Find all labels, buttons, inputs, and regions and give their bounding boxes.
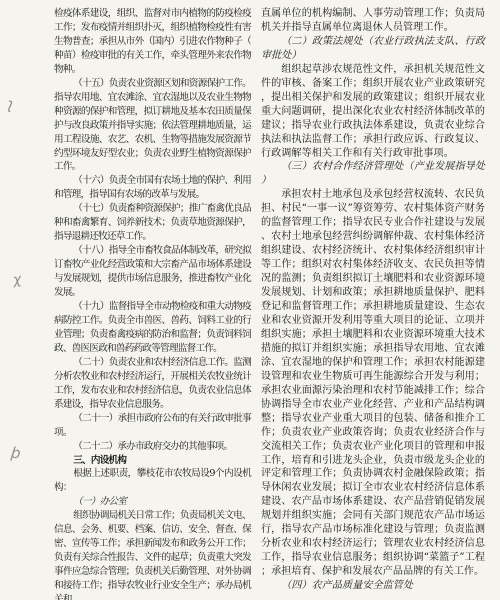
paragraph-item-21: （二十一）承担市政府公布的有关行政审批事项。	[54, 412, 251, 440]
subheading-rural-coop-div: （三）农村合作经济管理处（产业发展指导处）	[261, 160, 485, 188]
paragraph-office-duties: 组织协调局机关日常工作；负责局机关文电、信息、会务、机要、档案、信访、安全、督查…	[54, 509, 251, 600]
scanned-document-page: 检疫体系建设，组织、监督对市内植物的防疫检疫工作；发布疫情并组织扑灭，组织植物检…	[0, 0, 500, 600]
paragraph-item-17: （十七）负责畜种资源保护；推广畜禽优良品种和畜禽繁育、饲养新技术；负责草地资源保…	[54, 202, 251, 244]
right-text-column: 直属单位的机构编制、人事劳动管理工作；负责局机关并指导直属单位离退休人员管理工作…	[261, 7, 485, 593]
left-text-column: 检疫体系建设，组织、监督对市内植物的防疫检疫工作；发布疫情并组织扑灭，组织植物检…	[54, 7, 251, 600]
section-heading-3: 三、内设机构	[54, 454, 251, 468]
pencil-mark-icon: ʅ	[5, 94, 16, 113]
subheading-policy-law-div: （二）政策法规处（农业行政执法支队、行政审批处）	[261, 35, 485, 63]
paragraph-item-19: （十九）监督指导全市动物检疫和重大动物疫病防控工作。负责全市兽医、兽药、饲料工业…	[54, 300, 251, 356]
paragraph-item-22: （二十二）承办市政府交办的其他事项。	[54, 440, 251, 454]
paragraph-continuation: 检疫体系建设，组织、监督对市内植物的防疫检疫工作；发布疫情并组织扑灭，组织植物检…	[54, 7, 251, 77]
paragraph-continuation: 直属单位的机构编制、人事劳动管理工作；负责局机关并指导直属单位离退休人员管理工作…	[261, 7, 485, 35]
paragraph-rural-coop-duties: 承担农村土地承包及承包经营权流转、农民负担、村民“一事一议”筹资筹劳、农村集体资…	[261, 188, 485, 579]
paragraph-item-15: （十五）负责农业资源区划和资源保护工作。指导农用地、宜农滩涂、宜农湿地以及农业生…	[54, 77, 251, 175]
paragraph-item-18: （十八）指导全市畜牧食品体制改革，研究拟订畜牧产业化经营政策和大宗畜产品市场体系…	[54, 244, 251, 300]
paragraph-item-16: （十六）负责全市国有农场土地的保护、利用和管理，指导国有农场的改革与发展。	[54, 174, 251, 202]
paragraph-item-20: （二十）负责农业和农村经济信息工作。监测分析农牧业和农村经济运行，开展相关农牧业…	[54, 356, 251, 412]
paragraph-policy-law-duties: 组织起草涉农规范性文件，承担机关规范性文件的审核、备案工作；组织开展农业产业政策…	[261, 63, 485, 161]
subheading-office: （一）办公室	[54, 495, 251, 509]
pencil-mark-icon: ϸ	[10, 444, 21, 463]
pencil-mark-icon: χ	[12, 272, 22, 289]
subheading-quality-safety-div: （四）农产品质量安全监管处	[261, 579, 485, 593]
paragraph-intro-organs: 根据上述职责，攀枝花市农牧局设9个内设机构：	[54, 467, 251, 495]
